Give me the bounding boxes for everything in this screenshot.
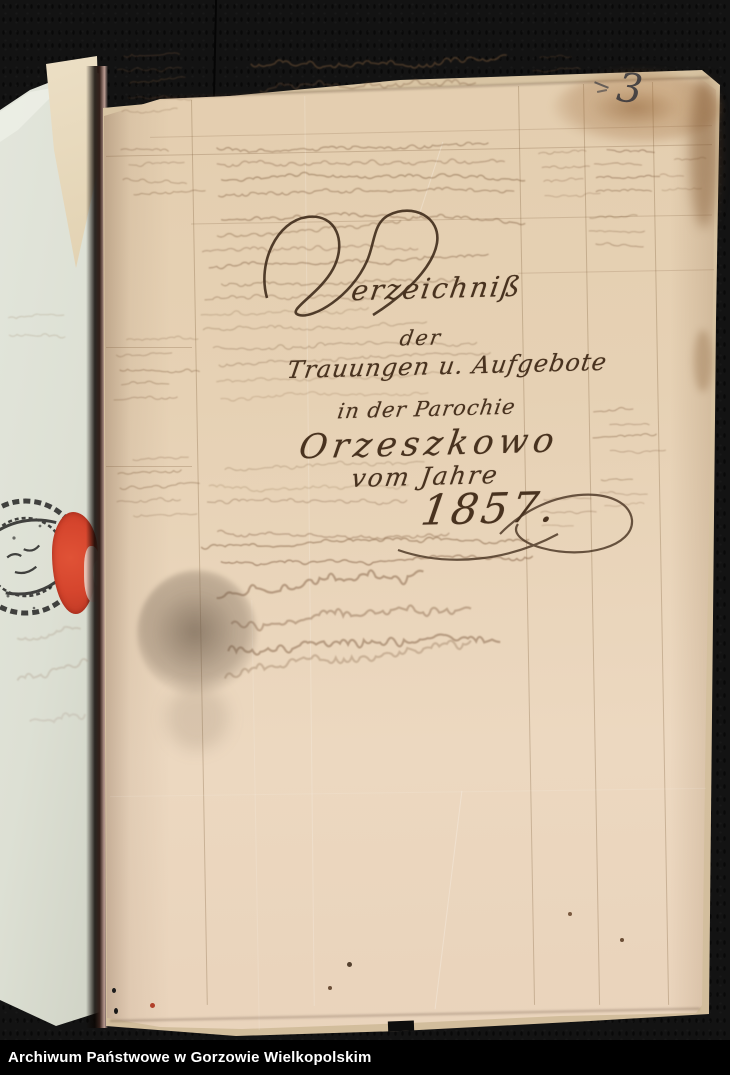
edge-stain [694, 330, 712, 392]
spine-speck [114, 1008, 118, 1014]
paper-speck [328, 986, 332, 990]
title-line-verzeichniss: erzeichniß [352, 272, 522, 305]
ink-stain-tail [166, 686, 228, 750]
title-initial-anchor: V [255, 203, 267, 207]
title-line-in-der-parochie: in der Parochie [338, 397, 515, 421]
paper-speck [150, 1003, 155, 1008]
archive-caption-text: Archiwum Państwowe w Gorzowie Wielkopols… [0, 1049, 372, 1066]
spine-speck [112, 988, 116, 993]
corner-stain [690, 78, 718, 228]
ink-stain-core [156, 592, 234, 676]
initial-flourish: V [255, 203, 475, 335]
archive-scan-view: 3 V erzeichniß der Trauungen u. Aufgebot… [0, 0, 730, 1075]
paper-speck [620, 938, 624, 942]
title-line-orzeszkowo: Orzeszkowo [300, 424, 558, 464]
paper-speck [347, 962, 352, 967]
row-rule [106, 466, 192, 467]
archive-caption-bar: Archiwum Państwowe w Gorzowie Wielkopols… [0, 1040, 730, 1075]
row-rule [106, 347, 192, 348]
paper-speck [568, 912, 572, 916]
title-line-der: der [400, 326, 442, 350]
bottom-edge-notch [388, 1021, 414, 1032]
year-flourish [380, 472, 650, 582]
title-line-trauungen-aufgebote: Trauungen u. Aufgebote [288, 352, 606, 380]
title-word1-rest: erzeichniß [349, 270, 524, 307]
